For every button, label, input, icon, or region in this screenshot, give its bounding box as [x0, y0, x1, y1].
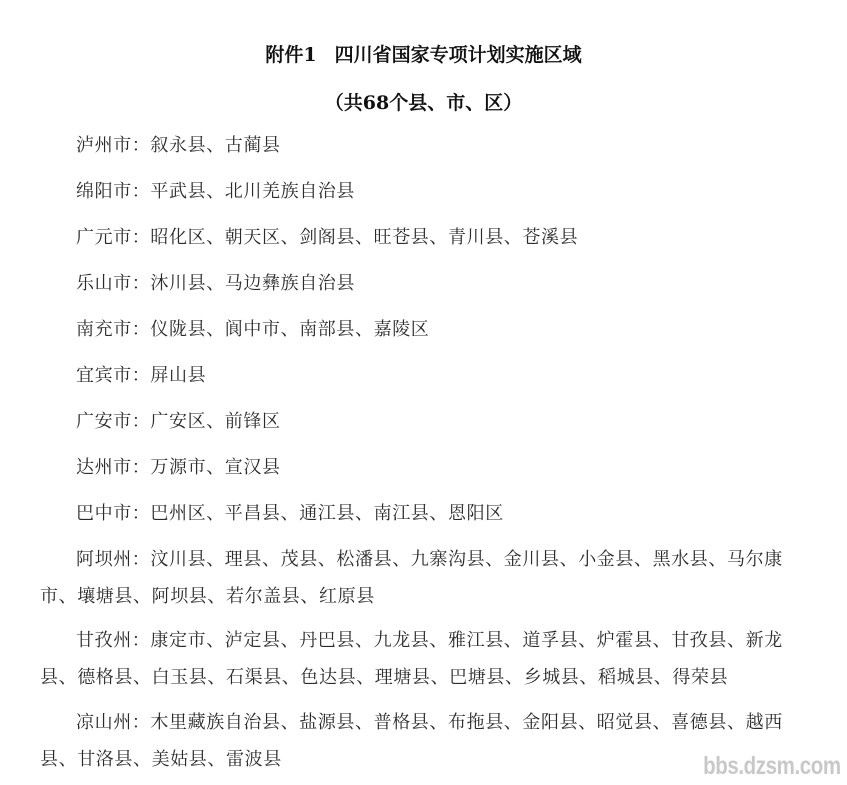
area-list: 平武县、北川羌族自治县: [150, 181, 355, 202]
region-entry-nanchong: 南充市：仪陇县、阆中市、南部县、嘉陵区: [40, 312, 788, 349]
document-subtitle: （共68个县、市、区）: [0, 88, 847, 115]
region-entry-leshan: 乐山市：沐川县、马边彝族自治县: [40, 266, 788, 303]
region-entry-bazhong: 巴中市：巴州区、平昌县、通江县、南江县、恩阳区: [40, 496, 788, 533]
city-label: 广元市：: [76, 227, 150, 248]
area-list: 广安区、前锋区: [150, 411, 280, 432]
region-entry-yibin: 宜宾市：屏山县: [40, 358, 788, 395]
city-label: 甘孜州：: [76, 630, 150, 651]
title-prefix: 附件1: [265, 44, 316, 66]
region-entry-guangyuan: 广元市：昭化区、朝天区、剑阁县、旺苍县、青川县、苍溪县: [40, 220, 788, 257]
area-list: 万源市、宣汉县: [150, 457, 280, 478]
area-list: 仪陇县、阆中市、南部县、嘉陵区: [150, 319, 429, 340]
site-watermark: bbs.dzsm.com: [704, 752, 841, 781]
city-label: 达州市：: [76, 457, 150, 478]
title-text: 四川省国家专项计划实施区域: [335, 44, 582, 66]
city-label: 阿坝州：: [76, 549, 150, 570]
region-entry-ganzi: 甘孜州：康定市、泸定县、丹巴县、九龙县、雅江县、道孚县、炉霍县、甘孜县、新龙县、…: [40, 623, 788, 696]
area-list: 沐川县、马边彝族自治县: [150, 273, 355, 294]
area-list: 康定市、泸定县、丹巴县、九龙县、雅江县、道孚县、炉霍县、甘孜县、新龙县、德格县、…: [40, 630, 783, 688]
area-list: 巴州区、平昌县、通江县、南江县、恩阳区: [150, 503, 503, 524]
region-entry-dazhou: 达州市：万源市、宣汉县: [40, 450, 788, 487]
area-list: 叙永县、古蔺县: [150, 135, 280, 156]
city-label: 凉山州：: [76, 712, 150, 733]
area-list: 昭化区、朝天区、剑阁县、旺苍县、青川县、苍溪县: [150, 227, 578, 248]
area-list: 屏山县: [150, 365, 206, 386]
city-label: 宜宾市：: [76, 365, 150, 386]
city-label: 绵阳市：: [76, 181, 150, 202]
area-list: 汶川县、理县、茂县、松潘县、九寨沟县、金川县、小金县、黑水县、马尔康市、壤塘县、…: [40, 549, 783, 607]
area-list: 木里藏族自治县、盐源县、普格县、布拖县、金阳县、昭觉县、喜德县、越西县、甘洛县、…: [40, 712, 783, 770]
document-title: 附件1四川省国家专项计划实施区域: [0, 40, 847, 67]
city-label: 泸州市：: [76, 135, 150, 156]
city-label: 广安市：: [76, 411, 150, 432]
city-label: 巴中市：: [76, 503, 150, 524]
region-entry-luzhou: 泸州市：叙永县、古蔺县: [40, 128, 788, 165]
region-entry-liangshan: 凉山州：木里藏族自治县、盐源县、普格县、布拖县、金阳县、昭觉县、喜德县、越西县、…: [40, 705, 788, 778]
city-label: 乐山市：: [76, 273, 150, 294]
region-entry-mianyang: 绵阳市：平武县、北川羌族自治县: [40, 174, 788, 211]
region-entry-guangan: 广安市：广安区、前锋区: [40, 404, 788, 441]
region-entry-aba: 阿坝州：汶川县、理县、茂县、松潘县、九寨沟县、金川县、小金县、黑水县、马尔康市、…: [40, 542, 788, 615]
city-label: 南充市：: [76, 319, 150, 340]
